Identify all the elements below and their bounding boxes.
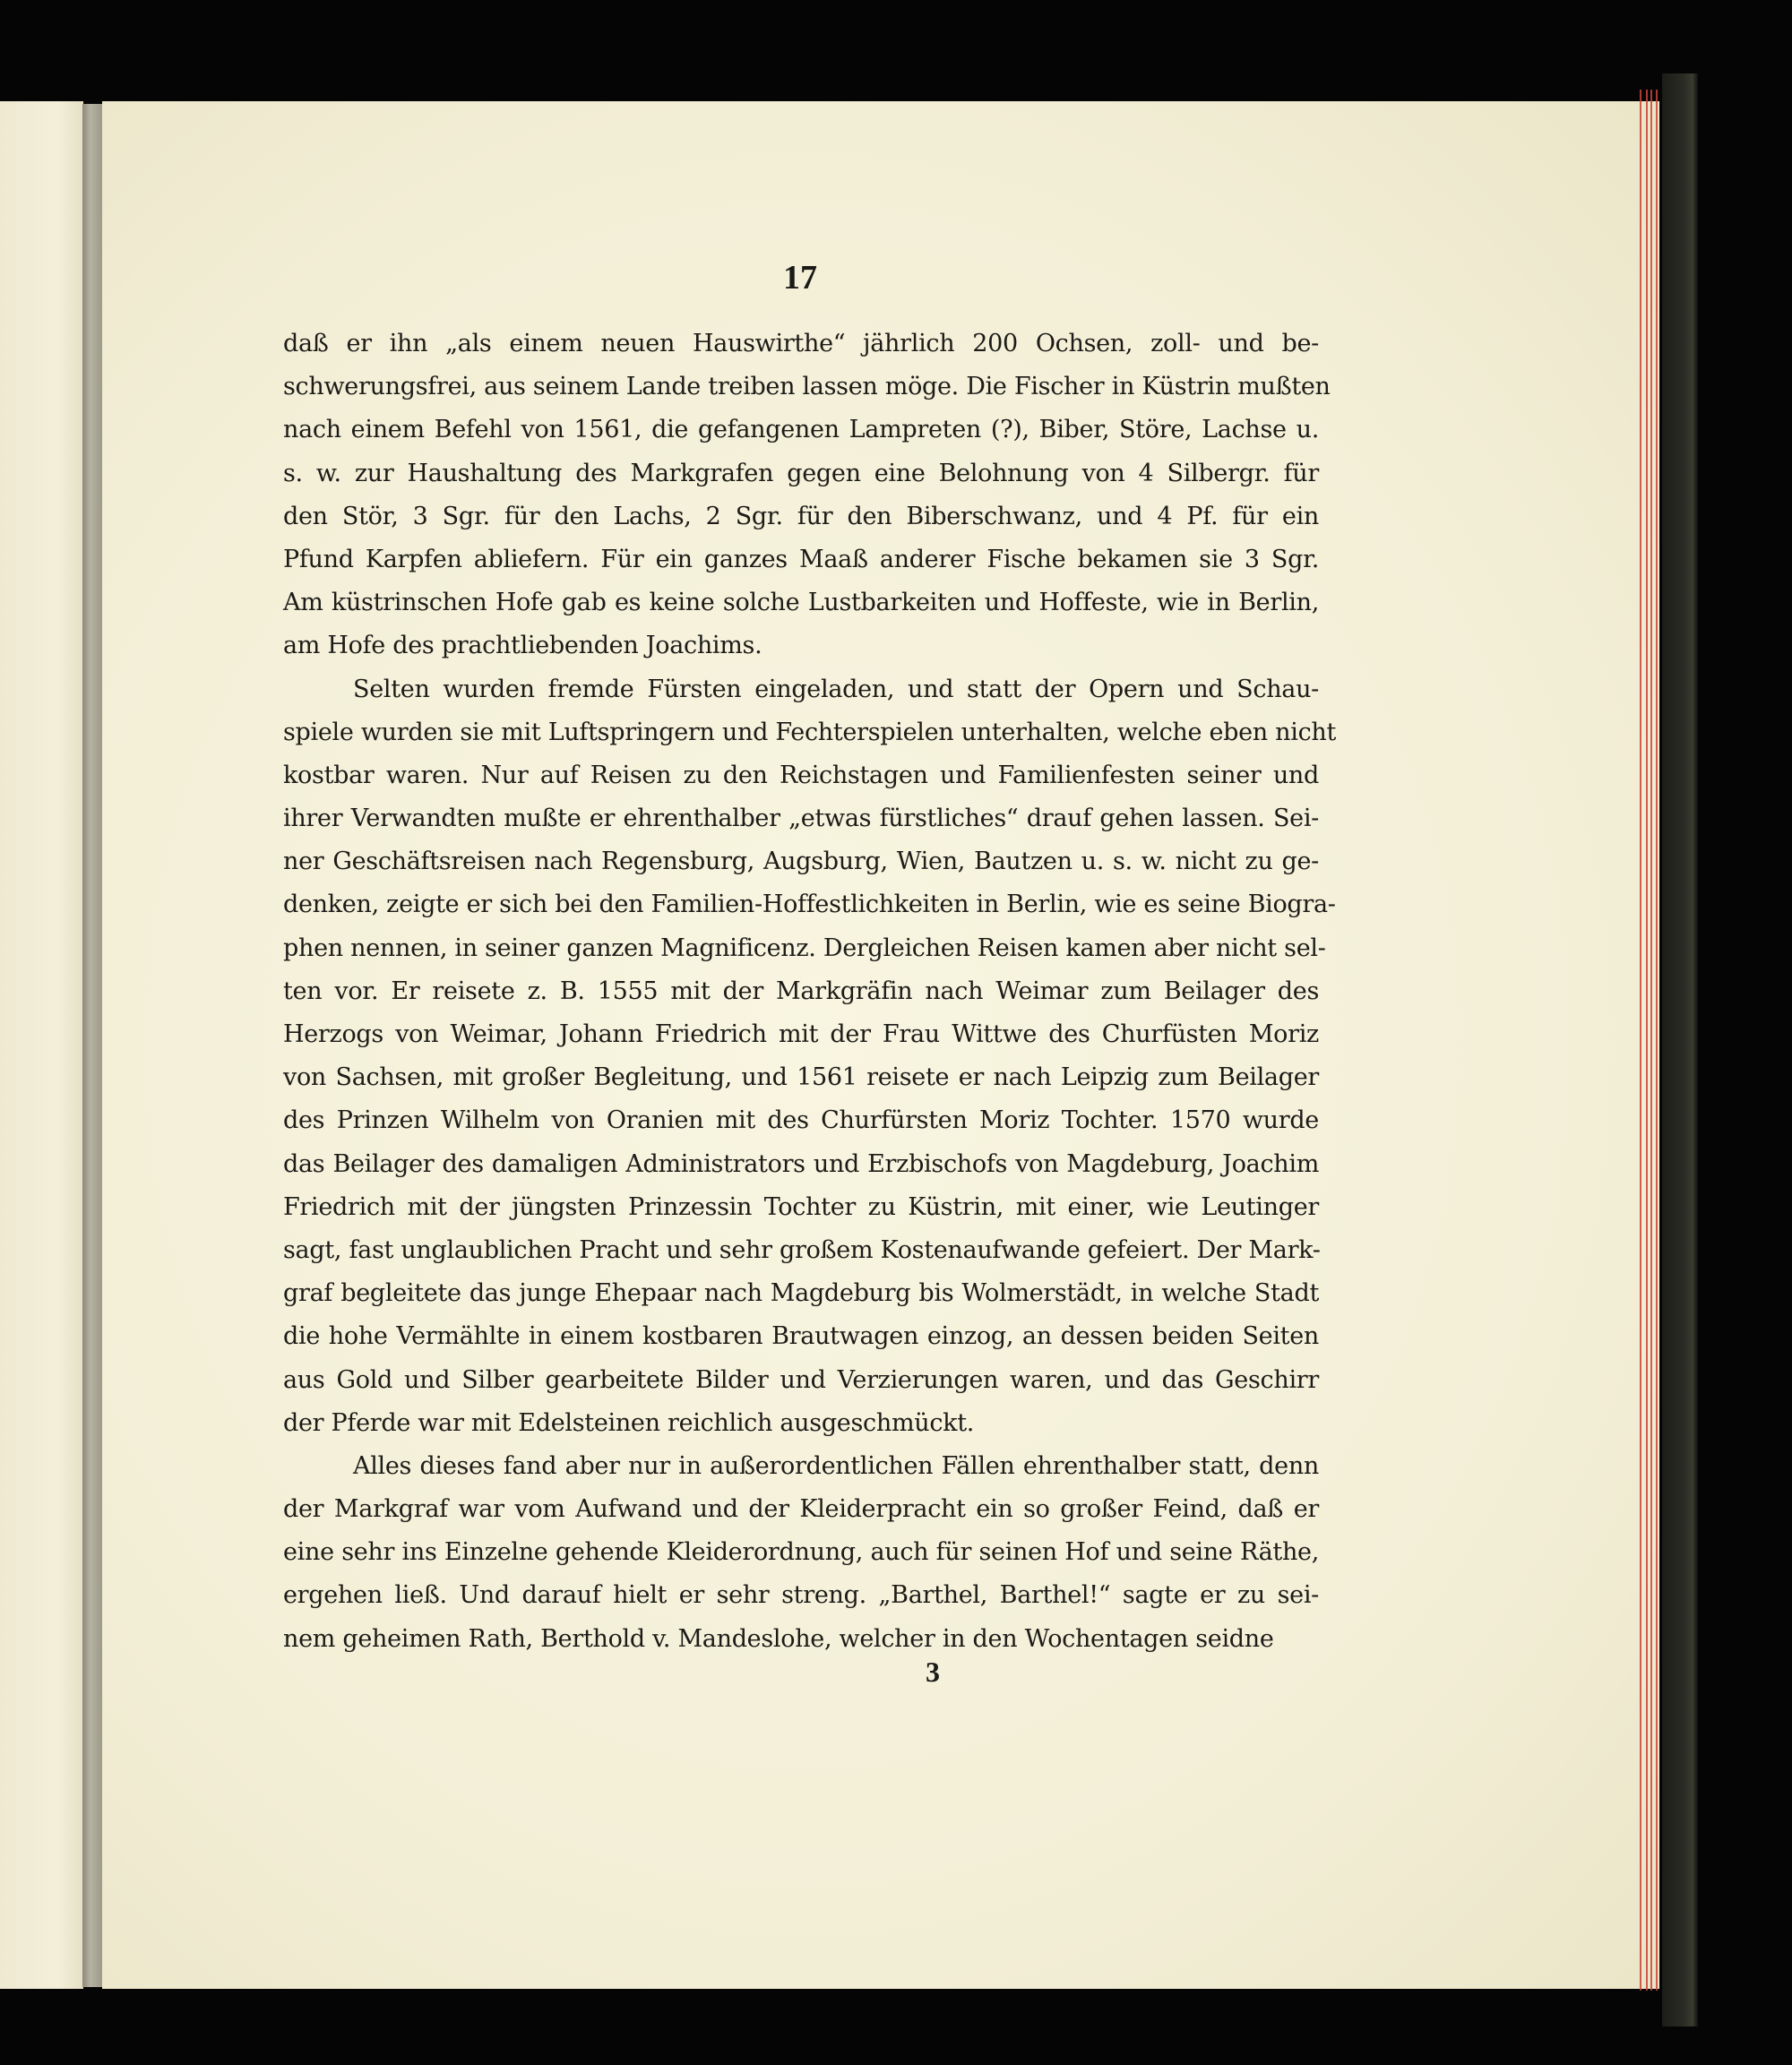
text-line: ihrer Verwandten mußte er ehrenthalber „… (283, 797, 1319, 840)
text-line: sagt, fast unglaublichen Pracht und sehr… (283, 1229, 1319, 1272)
signature-mark: 3 (926, 1656, 940, 1689)
text-line: der Markgraf war vom Aufwand und der Kle… (283, 1488, 1319, 1531)
text-line: den Stör, 3 Sgr. für den Lachs, 2 Sgr. f… (283, 495, 1319, 538)
text-line: ergehen ließ. Und darauf hielt er sehr s… (283, 1574, 1319, 1617)
text-line: spiele wurden sie mit Luftspringern und … (283, 711, 1319, 754)
text-line: Am küstrinschen Hofe gab es keine solche… (283, 581, 1319, 624)
text-line: des Prinzen Wilhelm von Oranien mit des … (283, 1099, 1319, 1142)
text-line: aus Gold und Silber gearbeitete Bilder u… (283, 1359, 1319, 1402)
text-line: daß er ihn „als einem neuen Hauswirthe“ … (283, 323, 1319, 366)
text-line: Friedrich mit der jüngsten Prinzessin To… (283, 1186, 1319, 1229)
text-line: kostbar waren. Nur auf Reisen zu den Rei… (283, 754, 1319, 797)
text-line: phen nennen, in seiner ganzen Magnificen… (283, 927, 1319, 970)
book-gutter (82, 104, 102, 1987)
text-line: Alles dieses fand aber nur in außerorden… (283, 1445, 1319, 1488)
text-line: am Hofe des prachtliebenden Joachims. (283, 624, 1319, 667)
page-number: 17 (783, 258, 817, 297)
text-line: eine sehr ins Einzelne gehende Kleideror… (283, 1531, 1319, 1574)
text-line: denken, zeigte er sich bei den Familien-… (283, 883, 1319, 926)
text-line: nem geheimen Rath, Berthold v. Mandesloh… (283, 1618, 1319, 1661)
text-line: s. w. zur Haushaltung des Markgrafen geg… (283, 452, 1319, 495)
facing-page-left (0, 101, 83, 1989)
book-cover-edge (1662, 73, 1698, 2026)
text-line: schwerungsfrei, aus seinem Lande treiben… (283, 366, 1319, 409)
text-line: Pfund Karpfen abliefern. Für ein ganzes … (283, 538, 1319, 581)
text-line: der Pferde war mit Edelsteinen reichlich… (283, 1402, 1319, 1445)
text-line: ten vor. Er reisete z. B. 1555 mit der M… (283, 970, 1319, 1013)
text-line: von Sachsen, mit großer Begleitung, und … (283, 1056, 1319, 1099)
paragraph: Selten wurden fremde Fürsten eingeladen,… (283, 668, 1319, 1445)
page-edge-red-lines (1638, 90, 1661, 1991)
text-line: das Beilager des damaligen Administrator… (283, 1143, 1319, 1186)
text-line: ner Geschäftsreisen nach Regensburg, Aug… (283, 840, 1319, 883)
text-line: Selten wurden fremde Fürsten eingeladen,… (283, 668, 1319, 711)
body-text: daß er ihn „als einem neuen Hauswirthe“ … (283, 323, 1319, 1661)
text-line: nach einem Befehl von 1561, die gefangen… (283, 409, 1319, 452)
text-line: die hohe Vermählte in einem kostbaren Br… (283, 1315, 1319, 1358)
paragraph: Alles dieses fand aber nur in außerorden… (283, 1445, 1319, 1661)
text-line: Herzogs von Weimar, Johann Friedrich mit… (283, 1013, 1319, 1056)
paragraph: daß er ihn „als einem neuen Hauswirthe“ … (283, 323, 1319, 668)
text-line: graf begleitete das junge Ehepaar nach M… (283, 1272, 1319, 1315)
